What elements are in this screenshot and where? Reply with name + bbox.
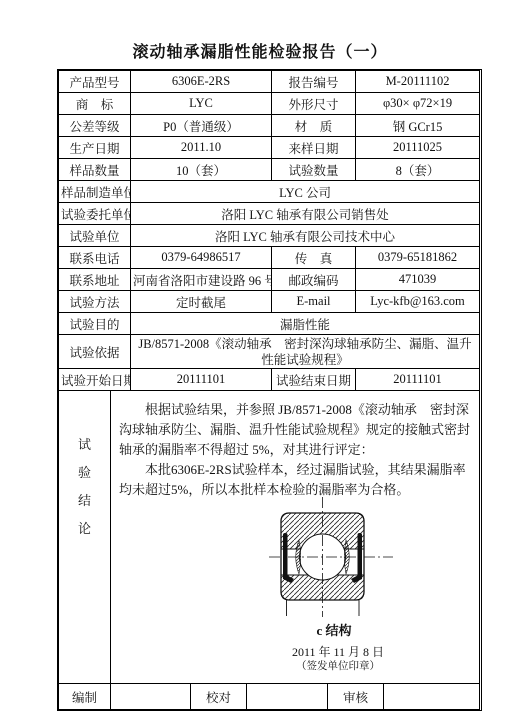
field-value: 定时截尾 [131,291,272,313]
field-value: 洛阳 LYC 轴承有限公司销售处 [131,203,480,225]
field-label: 来样日期 [272,137,356,159]
field-value: Lyc-kfb@163.com [356,291,480,313]
field-value: 钢 GCr15 [356,115,480,137]
issue-date: 2011 年 11 月 8 日 [248,645,428,660]
conclusion-paragraph-1: 根据试验结果，并参照 JB/8571-2008《滚动轴承 密封深沟球轴承防尘、漏… [119,400,471,460]
table-row: 联系地址 河南省洛阳市建设路 96 号 邮政编码 471039 [59,269,480,291]
field-label: 试验委托单位 [59,203,131,225]
field-label: 生产日期 [59,137,131,159]
table-row: 试验委托单位 洛阳 LYC 轴承有限公司销售处 [59,203,480,225]
table-row: 联系电话 0379-64986517 传 真 0379-65181862 [59,247,480,269]
field-label: 公差等级 [59,115,131,137]
checked-by-label: 校对 [191,684,247,710]
field-value: 0379-65181862 [356,247,480,269]
field-value: 10（套） [131,159,272,181]
diagram-caption: c 结构 [269,620,399,639]
field-label: 联系地址 [59,269,131,291]
bearing-cross-section-diagram [269,495,399,630]
field-value: φ30× φ72×19 [356,93,480,115]
field-value: LYC 公司 [131,181,480,203]
field-label: E-mail [272,291,356,313]
field-value: 20111101 [131,369,272,391]
field-value: 6306E-2RS [131,71,272,93]
conclusion-paragraph-2: 本批6306E-2RS试验样本，经过漏脂试验，其结果漏脂率均未超过5%，所以本批… [119,460,471,500]
table-row: 试验依据 JB/8571-2008《滚动轴承 密封深沟球轴承防尘、漏脂、温升性能… [59,335,480,369]
report-table: 产品型号 6306E-2RS 报告编号 M-20111102 商 标 LYC 外… [57,69,482,711]
field-label: 产品型号 [59,71,131,93]
field-label: 试验数量 [272,159,356,181]
field-value: 471039 [356,269,480,291]
table-row: 试验开始日期 20111101 试验结束日期 20111101 [59,369,480,391]
field-label: 试验单位 [59,225,131,247]
issue-date-block: 2011 年 11 月 8 日 （签发单位印章） [248,645,428,674]
field-value: LYC [131,93,272,115]
field-value: 0379-64986517 [131,247,272,269]
prepared-by-label: 编制 [59,684,111,710]
field-value: 洛阳 LYC 轴承有限公司技术中心 [131,225,480,247]
table-row: 样品数量 10（套） 试验数量 8（套） [59,159,480,181]
table-row: 试验目的 漏脂性能 [59,313,480,335]
field-value: 漏脂性能 [131,313,480,335]
stamp-note: （签发单位印章） [248,660,428,674]
field-value: 20111101 [356,369,480,391]
field-value: P0（普通级） [131,115,272,137]
field-label: 报告编号 [272,71,356,93]
field-label: 样品数量 [59,159,131,181]
table-row: 产品型号 6306E-2RS 报告编号 M-20111102 [59,71,480,93]
field-value: JB/8571-2008《滚动轴承 密封深沟球轴承防尘、漏脂、温升性能试验规程》 [131,335,480,369]
conclusion-cell: 根据试验结果，并参照 JB/8571-2008《滚动轴承 密封深沟球轴承防尘、漏… [111,391,480,684]
field-value: M-20111102 [356,71,480,93]
field-label: 商 标 [59,93,131,115]
signature-row: 编制 校对 审核 [59,684,480,710]
conclusion-row: 试 验 结 论 根据试验结果，并参照 JB/8571-2008《滚动轴承 密封深… [59,391,480,684]
field-label: 试验结束日期 [272,369,356,391]
field-value: 8（套） [356,159,480,181]
field-label: 试验开始日期 [59,369,131,391]
field-label: 试验方法 [59,291,131,313]
field-value: 2011.10 [131,137,272,159]
field-label: 外形尺寸 [272,93,356,115]
table-row: 试验方法 定时截尾 E-mail Lyc-kfb@163.com [59,291,480,313]
field-label: 邮政编码 [272,269,356,291]
page-title: 滚动轴承漏脂性能检验报告（一） [0,44,520,62]
field-value: 20111025 [356,137,480,159]
field-value: 河南省洛阳市建设路 96 号 [131,269,272,291]
conclusion-vertical-label: 试 验 结 论 [59,391,111,684]
table-row: 试验单位 洛阳 LYC 轴承有限公司技术中心 [59,225,480,247]
field-label: 联系电话 [59,247,131,269]
reviewed-by-field [384,684,480,710]
field-label: 样品制造单位 [59,181,131,203]
checked-by-field [247,684,328,710]
table-row: 样品制造单位 LYC 公司 [59,181,480,203]
field-label: 材 质 [272,115,356,137]
signature-table: 编制 校对 审核 [58,683,480,710]
table-row: 生产日期 2011.10 来样日期 20111025 [59,137,480,159]
report-info-table: 产品型号 6306E-2RS 报告编号 M-20111102 商 标 LYC 外… [58,70,480,684]
reviewed-by-label: 审核 [328,684,384,710]
field-label: 试验依据 [59,335,131,369]
table-row: 商 标 LYC 外形尺寸 φ30× φ72×19 [59,93,480,115]
field-label: 传 真 [272,247,356,269]
table-row: 公差等级 P0（普通级） 材 质 钢 GCr15 [59,115,480,137]
prepared-by-field [111,684,191,710]
field-label: 试验目的 [59,313,131,335]
